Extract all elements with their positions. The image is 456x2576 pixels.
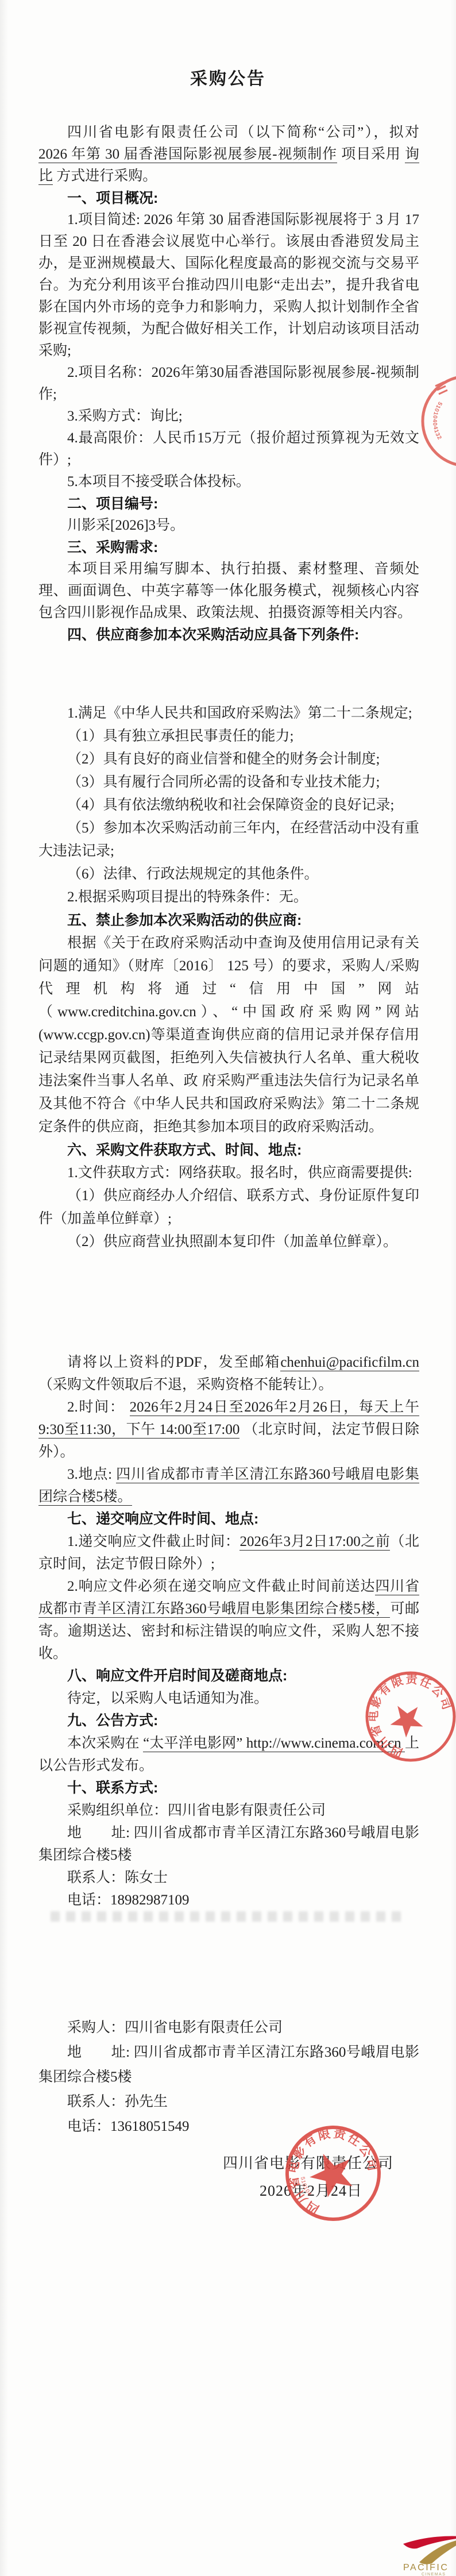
body-upper: 四川省电影有限责任公司（以下简称“公司”），拟对 2026 年第 30 届香港国… [38,122,419,646]
requirement-paragraph: 本项目采用编写脚本、执行拍摄、素材整理、音频处理、画面调色、中英字幕等一体化服务… [38,558,419,624]
credit-record-paragraph: 根据《关于在政府采购活动中查询及使用信用记录有关问题的通知》（财库〔2016〕 … [38,932,419,1139]
svg-text:5101040413254: 5101040413254 [418,372,443,441]
section-8-heading: 八、响应文件开启时间及磋商地点: [38,1665,419,1687]
condition-item-6: （6）法律、行政法规规定的其他条件。 [38,863,419,886]
delivery-line: 2.响应文件必须在递交响应文件截止时间前送达四川省成都市青羊区清江东路360号峨… [38,1575,419,1665]
procure-method-line: 3.采购方式：询比; [38,406,419,427]
condition-item-2: （2）具有良好的商业信誉和健全的财务会计制度; [38,748,419,771]
paragraph-intro: 四川省电影有限责任公司（以下简称“公司”），拟对 2026 年第 30 届香港国… [38,122,419,187]
body-lower: 请将以上资料的PDF，发至邮箱chenhui@pacificfilm.cn（采购… [38,1351,419,1911]
file-obtain-item-1: （1）供应商经办人介绍信、联系方式、身份证原件复印件（加盖单位鲜章）; [38,1185,419,1231]
flag-mark [435,382,447,394]
pacific-cinemas-logo: PACIFIC CINEMAS [402,2532,456,2576]
signature-org: 四川省电影有限责任公司 [223,2151,393,2173]
no-consortium-line: 5.本项目不接受联合体投标。 [38,471,419,493]
document-page: 采购公告 四川省电影有限责任公司（以下简称“公司”），拟对 2026 年第 30… [0,0,456,2576]
buyer-phone: 电话：13618051549 [38,2114,419,2139]
opening-time-line: 待定，以采购人电话通知为准。 [38,1687,419,1710]
condition-item-5: （5）参加本次采购活动前三年内，在经营活动中没有重大违法记录; [38,817,419,863]
organizer-line: 采购组织单位：四川省电影有限责任公司 [38,1799,419,1822]
special-condition: 2.根据采购项目提出的特殊条件：无。 [38,886,419,909]
condition-item-4: （4）具有依法缴纳税收和社会保障资金的良好记录; [38,794,419,817]
condition-item-1: （1）具有独立承担民事责任的能力; [38,725,419,748]
section-1-heading: 一、项目概况: [38,187,419,209]
project-name-line: 2.项目名称：2026年第30届香港国际影视展参展-视频制作; [38,362,419,406]
page-showthrough-smudge [51,1911,407,1922]
section-3-heading: 三、采购需求: [38,537,419,558]
organizer-address: 地 址: 四川省成都市青羊区清江东路360号峨眉电影集团综合楼5楼 [38,1822,419,1867]
section-5-heading: 五、禁止参加本次采购活动的供应商: [38,909,419,932]
price-limit-line: 4.最高限价：人民币15万元（报价超过预算视为无效文件）; [38,427,419,471]
website-underlined: “太平洋电影网” http://www.cinema.com.cn [143,1736,405,1752]
section-6-heading: 六、采购文件获取方式、时间、地点: [38,1139,419,1162]
buyer-block: 采购人：四川省电影有限责任公司 地 址: 四川省成都市青羊区清江东路360号峨眉… [38,2015,419,2139]
file-obtain-method: 1.文件获取方式：网络获取。报名时，供应商需要提供: [38,1162,419,1185]
body-middle: 1.满足《中华人民共和国政府采购法》第二十二条规定; （1）具有独立承担民事责任… [38,702,419,1254]
deadline-line: 1.递交响应文件截止时间：2026年3月2日17:00之前（北京时间，法定节假日… [38,1530,419,1575]
organizer-phone: 电话：18982987109 [38,1889,419,1911]
file-obtain-item-2: （2）供应商营业执照副本复印件（加盖单位鲜章）。 [38,1231,419,1254]
section-4-heading: 四、供应商参加本次采购活动应具备下列条件: [38,624,419,646]
section-2-heading: 二、项目编号: [38,493,419,515]
deadline-underlined: 2026年3月2日17:00之前 [239,1534,390,1551]
document-title: 采购公告 [0,64,456,90]
obtain-time-line: 2.时间： 2026年2月24日至2026年2月26日，每天上午 9:30至11… [38,1396,419,1463]
section-10-heading: 十、联系方式: [38,1777,419,1799]
obtain-place-line: 3.地点: 四川省成都市青羊区清江东路360号峨眉电影集团综合楼5楼。 [38,1463,419,1508]
mail-note: 请将以上资料的PDF，发至邮箱chenhui@pacificfilm.cn（采购… [38,1351,419,1396]
project-number: 川影采[2026]3号。 [38,515,419,537]
buyer-address: 地 址: 四川省成都市青羊区清江东路360号峨眉电影集团综合楼5楼 [38,2040,419,2089]
project-name-underlined: 2026 年第 30 届香港国际影视展参展-视频制作 [38,146,337,163]
email-underlined: chenhui@pacificfilm.cn [280,1355,419,1371]
announce-line: 本次采购在 “太平洋电影网” http://www.cinema.com.cn … [38,1732,419,1777]
section-7-heading: 七、递交响应文件时间、地点: [38,1508,419,1530]
condition-intro: 1.满足《中华人民共和国政府采购法》第二十二条规定; [38,702,419,725]
partial-seal: 5101040413254 [418,372,456,470]
svg-text:PACIFIC: PACIFIC [403,2563,449,2573]
buyer-contact: 联系人：孙先生 [38,2089,419,2114]
svg-text:CINEMAS: CINEMAS [422,2573,446,2576]
organizer-contact: 联系人：陈女士 [38,1867,419,1889]
section-9-heading: 九、公告方式: [38,1710,419,1732]
condition-item-3: （3）具有履行合同所必需的设备和专业技术能力; [38,771,419,794]
project-summary: 1.项目简述: 2026 年第 30 届香港国际影视展将于 3 月 17 日至 … [38,209,419,362]
signature-date: 2026年2月24日 [260,2179,362,2200]
buyer-line: 采购人：四川省电影有限责任公司 [38,2015,419,2040]
